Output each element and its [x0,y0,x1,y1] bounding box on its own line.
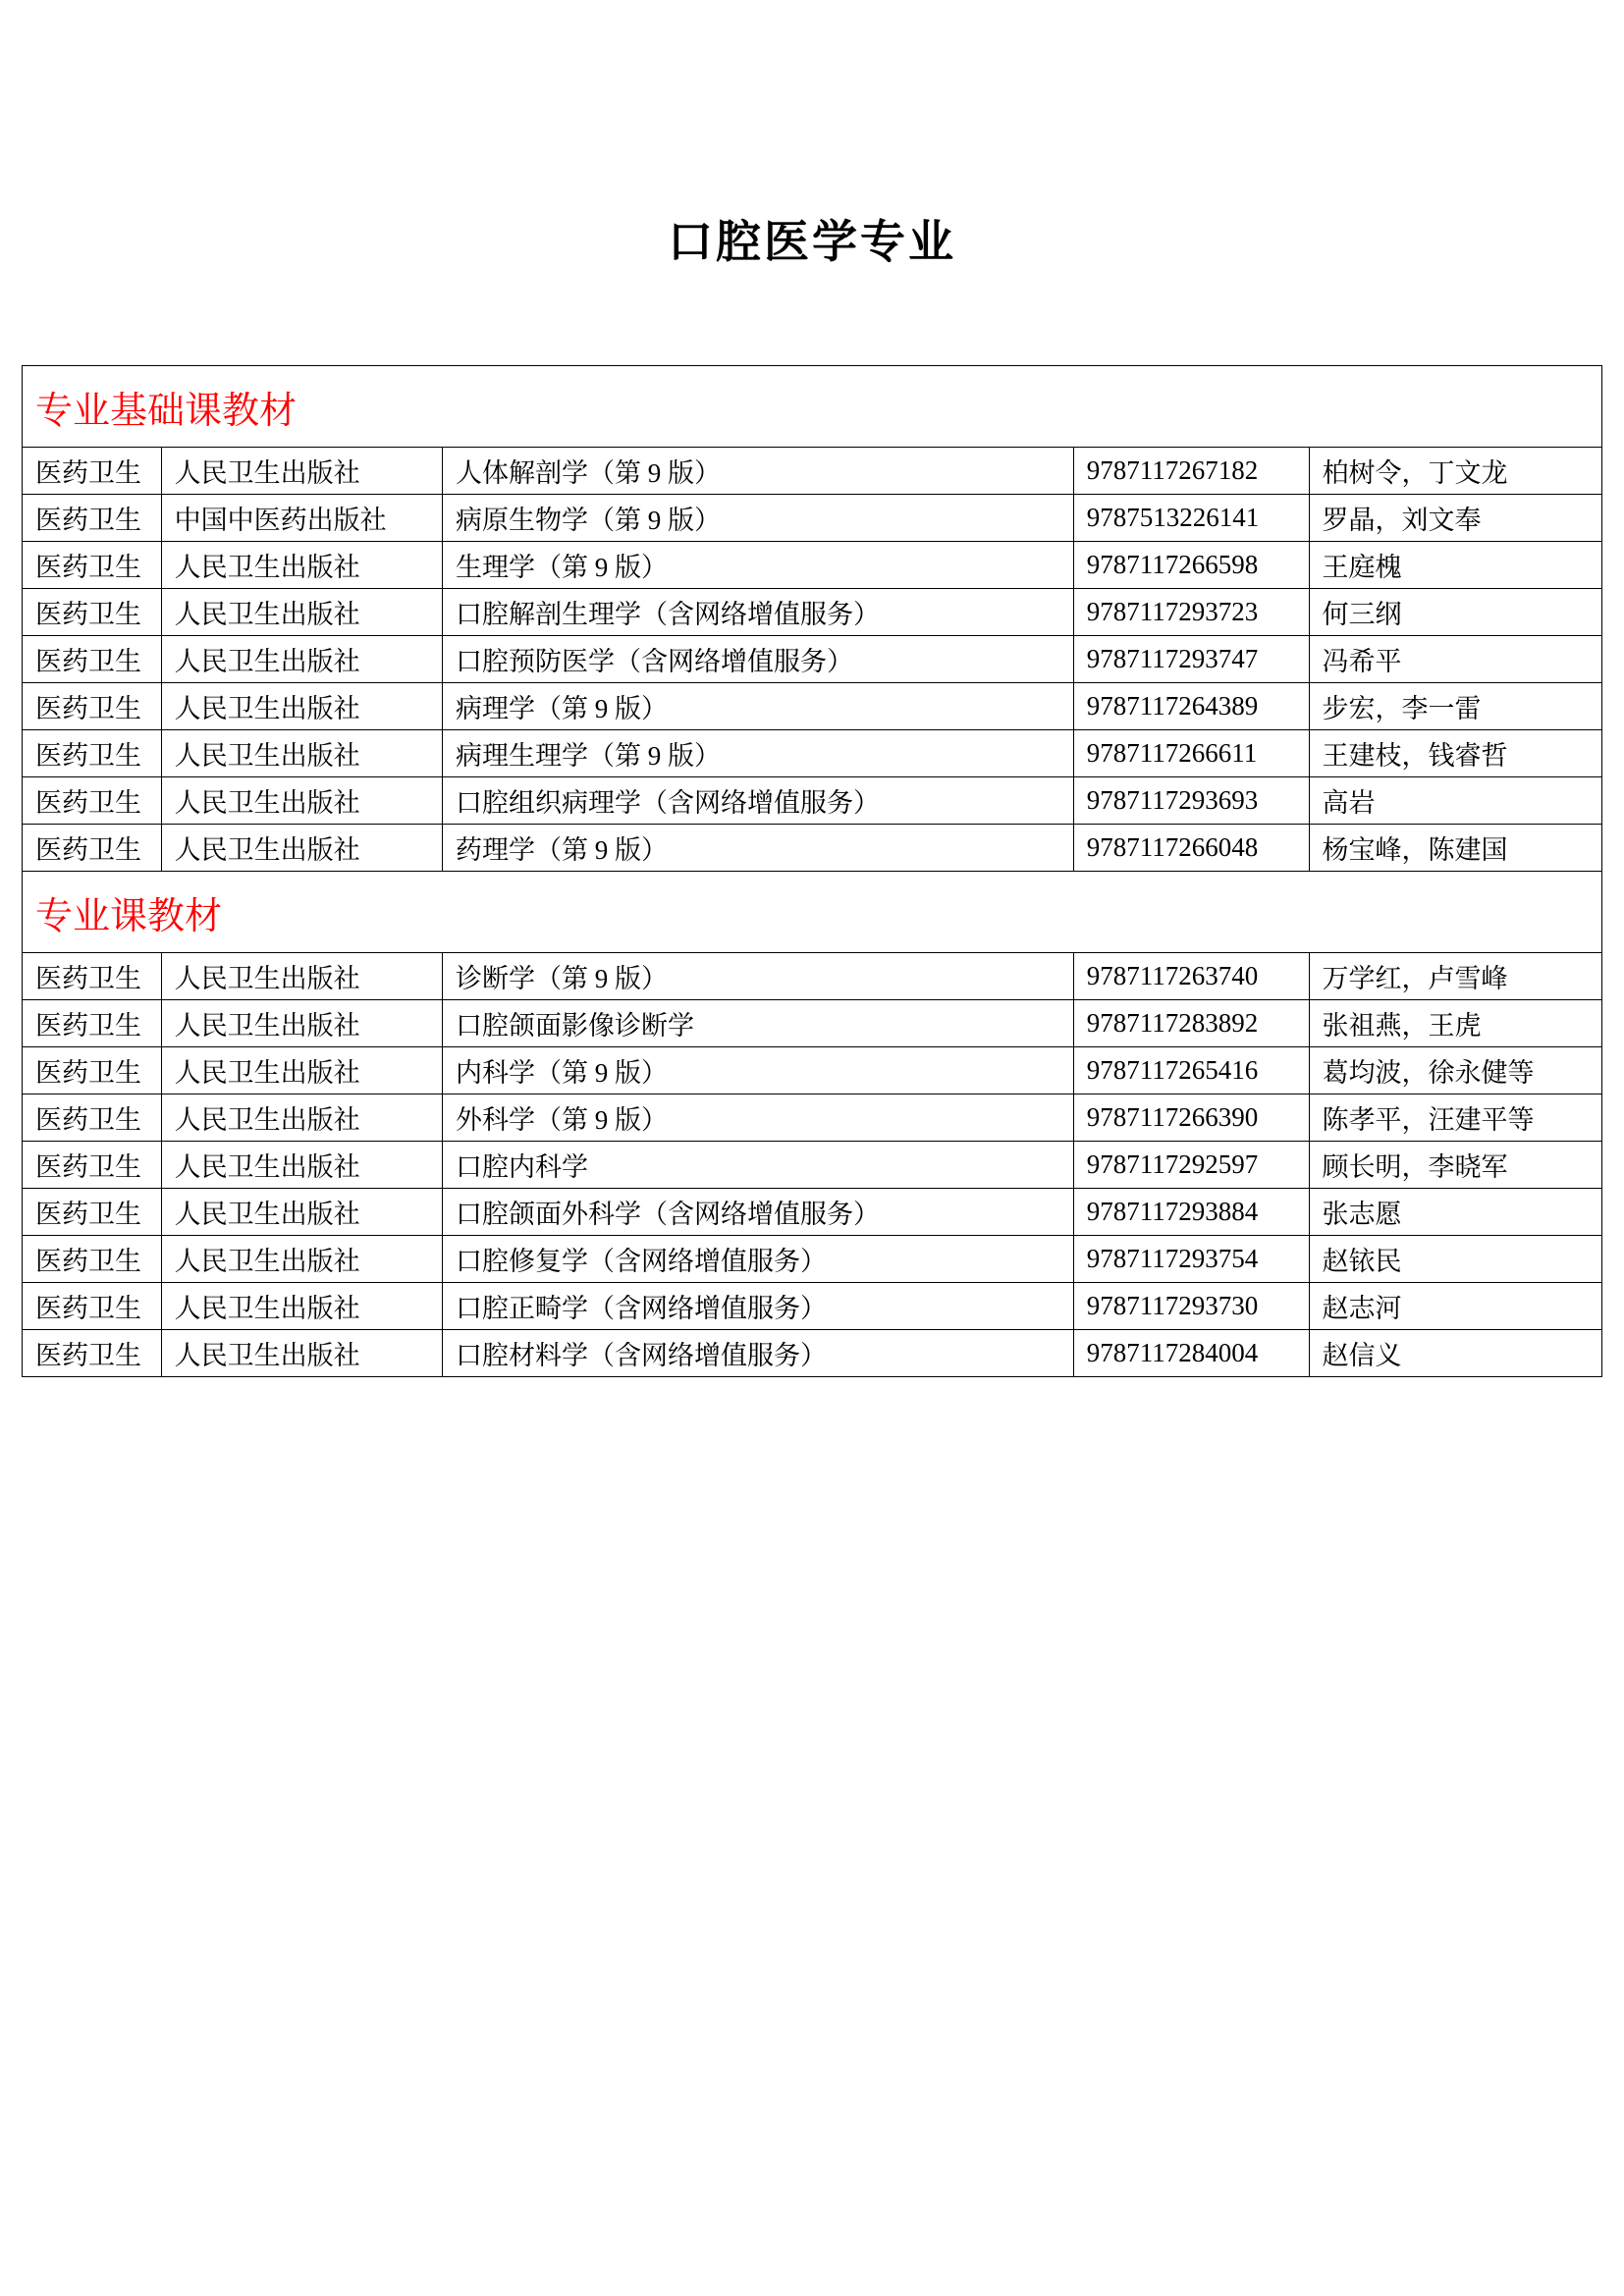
cell-category: 医药卫生 [23,825,162,872]
cell-isbn: 9787117264389 [1073,683,1309,730]
cell-authors: 杨宝峰，陈建国 [1309,825,1602,872]
cell-book-title: 口腔组织病理学（含网络增值服务） [442,777,1073,825]
cell-book-title: 药理学（第 9 版） [442,825,1073,872]
cell-category: 医药卫生 [23,636,162,683]
cell-category: 医药卫生 [23,1189,162,1236]
cell-authors: 步宏，李一雷 [1309,683,1602,730]
cell-authors: 冯希平 [1309,636,1602,683]
cell-publisher: 人民卫生出版社 [161,1095,442,1142]
cell-authors: 赵志河 [1309,1283,1602,1330]
cell-authors: 顾长明，李晓军 [1309,1142,1602,1189]
cell-authors: 陈孝平，汪建平等 [1309,1095,1602,1142]
cell-isbn: 9787117266598 [1073,542,1309,589]
cell-publisher: 人民卫生出版社 [161,1330,442,1377]
cell-category: 医药卫生 [23,542,162,589]
table-row: 医药卫生人民卫生出版社口腔预防医学（含网络增值服务）9787117293747冯… [23,636,1602,683]
cell-category: 医药卫生 [23,1283,162,1330]
table-row: 医药卫生人民卫生出版社口腔组织病理学（含网络增值服务）9787117293693… [23,777,1602,825]
cell-isbn: 9787117293723 [1073,589,1309,636]
cell-authors: 葛均波，徐永健等 [1309,1047,1602,1095]
cell-category: 医药卫生 [23,1330,162,1377]
cell-authors: 高岩 [1309,777,1602,825]
table-row: 医药卫生人民卫生出版社口腔修复学（含网络增值服务）9787117293754赵铱… [23,1236,1602,1283]
cell-isbn: 9787117283892 [1073,1000,1309,1047]
cell-authors: 王庭槐 [1309,542,1602,589]
cell-publisher: 人民卫生出版社 [161,1283,442,1330]
cell-authors: 何三纲 [1309,589,1602,636]
cell-book-title: 病理学（第 9 版） [442,683,1073,730]
cell-book-title: 口腔材料学（含网络增值服务） [442,1330,1073,1377]
cell-book-title: 外科学（第 9 版） [442,1095,1073,1142]
table-row: 医药卫生人民卫生出版社病理生理学（第 9 版）9787117266611王建枝，… [23,730,1602,777]
cell-category: 医药卫生 [23,589,162,636]
table-row: 医药卫生人民卫生出版社病理学（第 9 版）9787117264389步宏，李一雷 [23,683,1602,730]
table-row: 医药卫生人民卫生出版社诊断学（第 9 版）9787117263740万学红，卢雪… [23,953,1602,1000]
cell-category: 医药卫生 [23,495,162,542]
cell-isbn: 9787117293754 [1073,1236,1309,1283]
table-row: 医药卫生人民卫生出版社外科学（第 9 版）9787117266390陈孝平，汪建… [23,1095,1602,1142]
cell-isbn: 9787117267182 [1073,448,1309,495]
table-row: 医药卫生人民卫生出版社口腔颌面外科学（含网络增值服务）9787117293884… [23,1189,1602,1236]
cell-category: 医药卫生 [23,1000,162,1047]
cell-isbn: 9787117293747 [1073,636,1309,683]
cell-category: 医药卫生 [23,1142,162,1189]
cell-authors: 张祖燕，王虎 [1309,1000,1602,1047]
cell-publisher: 人民卫生出版社 [161,1189,442,1236]
cell-publisher: 人民卫生出版社 [161,953,442,1000]
cell-category: 医药卫生 [23,777,162,825]
cell-isbn: 9787117266048 [1073,825,1309,872]
cell-publisher: 人民卫生出版社 [161,683,442,730]
cell-isbn: 9787117293884 [1073,1189,1309,1236]
cell-isbn: 9787117293693 [1073,777,1309,825]
cell-isbn: 9787117284004 [1073,1330,1309,1377]
section-header-row: 专业基础课教材 [23,366,1602,448]
cell-book-title: 口腔解剖生理学（含网络增值服务） [442,589,1073,636]
cell-publisher: 人民卫生出版社 [161,1236,442,1283]
cell-publisher: 中国中医药出版社 [161,495,442,542]
cell-isbn: 9787117292597 [1073,1142,1309,1189]
table-row: 医药卫生人民卫生出版社口腔内科学9787117292597顾长明，李晓军 [23,1142,1602,1189]
cell-publisher: 人民卫生出版社 [161,542,442,589]
cell-publisher: 人民卫生出版社 [161,1142,442,1189]
cell-book-title: 口腔修复学（含网络增值服务） [442,1236,1073,1283]
cell-authors: 柏树令，丁文龙 [1309,448,1602,495]
table-row: 医药卫生人民卫生出版社生理学（第 9 版）9787117266598王庭槐 [23,542,1602,589]
table-row: 医药卫生人民卫生出版社口腔解剖生理学（含网络增值服务）9787117293723… [23,589,1602,636]
cell-publisher: 人民卫生出版社 [161,1047,442,1095]
cell-publisher: 人民卫生出版社 [161,636,442,683]
document-page: 口腔医学专业 专业基础课教材医药卫生人民卫生出版社人体解剖学（第 9 版）978… [0,0,1624,2296]
cell-book-title: 病理生理学（第 9 版） [442,730,1073,777]
cell-isbn: 9787117266390 [1073,1095,1309,1142]
cell-book-title: 人体解剖学（第 9 版） [442,448,1073,495]
textbook-table: 专业基础课教材医药卫生人民卫生出版社人体解剖学（第 9 版）9787117267… [22,365,1602,1377]
cell-publisher: 人民卫生出版社 [161,1000,442,1047]
cell-publisher: 人民卫生出版社 [161,448,442,495]
cell-category: 医药卫生 [23,953,162,1000]
cell-authors: 赵铱民 [1309,1236,1602,1283]
cell-book-title: 口腔颌面影像诊断学 [442,1000,1073,1047]
cell-category: 医药卫生 [23,730,162,777]
cell-isbn: 9787117293730 [1073,1283,1309,1330]
table-row: 医药卫生人民卫生出版社口腔正畸学（含网络增值服务）9787117293730赵志… [23,1283,1602,1330]
cell-category: 医药卫生 [23,683,162,730]
cell-authors: 王建枝，钱睿哲 [1309,730,1602,777]
cell-book-title: 内科学（第 9 版） [442,1047,1073,1095]
table-row: 医药卫生人民卫生出版社口腔材料学（含网络增值服务）9787117284004赵信… [23,1330,1602,1377]
table-row: 医药卫生人民卫生出版社人体解剖学（第 9 版）9787117267182柏树令，… [23,448,1602,495]
cell-authors: 万学红，卢雪峰 [1309,953,1602,1000]
table-row: 医药卫生中国中医药出版社病原生物学（第 9 版）9787513226141罗晶，… [23,495,1602,542]
cell-authors: 罗晶，刘文奉 [1309,495,1602,542]
cell-publisher: 人民卫生出版社 [161,825,442,872]
cell-book-title: 诊断学（第 9 版） [442,953,1073,1000]
cell-category: 医药卫生 [23,1047,162,1095]
table-row: 医药卫生人民卫生出版社内科学（第 9 版）9787117265416葛均波，徐永… [23,1047,1602,1095]
cell-publisher: 人民卫生出版社 [161,589,442,636]
cell-book-title: 口腔颌面外科学（含网络增值服务） [442,1189,1073,1236]
cell-authors: 赵信义 [1309,1330,1602,1377]
cell-isbn: 9787117263740 [1073,953,1309,1000]
cell-category: 医药卫生 [23,1236,162,1283]
cell-book-title: 口腔内科学 [442,1142,1073,1189]
textbook-table-body: 专业基础课教材医药卫生人民卫生出版社人体解剖学（第 9 版）9787117267… [23,366,1602,1377]
table-row: 医药卫生人民卫生出版社药理学（第 9 版）9787117266048杨宝峰，陈建… [23,825,1602,872]
section-header: 专业基础课教材 [23,366,1602,448]
cell-book-title: 病原生物学（第 9 版） [442,495,1073,542]
cell-isbn: 9787117266611 [1073,730,1309,777]
cell-category: 医药卫生 [23,448,162,495]
cell-isbn: 9787117265416 [1073,1047,1309,1095]
section-header-row: 专业课教材 [23,872,1602,953]
cell-publisher: 人民卫生出版社 [161,777,442,825]
cell-book-title: 生理学（第 9 版） [442,542,1073,589]
table-row: 医药卫生人民卫生出版社口腔颌面影像诊断学9787117283892张祖燕，王虎 [23,1000,1602,1047]
page-title: 口腔医学专业 [0,206,1624,271]
cell-book-title: 口腔正畸学（含网络增值服务） [442,1283,1073,1330]
cell-book-title: 口腔预防医学（含网络增值服务） [442,636,1073,683]
cell-isbn: 9787513226141 [1073,495,1309,542]
cell-publisher: 人民卫生出版社 [161,730,442,777]
cell-category: 医药卫生 [23,1095,162,1142]
section-header: 专业课教材 [23,872,1602,953]
cell-authors: 张志愿 [1309,1189,1602,1236]
